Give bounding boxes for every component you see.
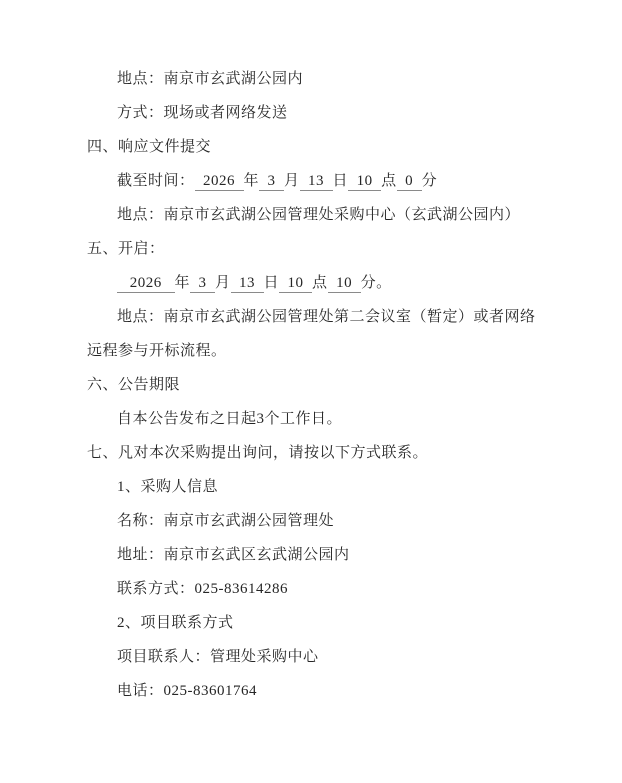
text-segment: 五、开启： <box>87 241 165 257</box>
text-segment: 地点：南京市玄武湖公园管理处第二会议室（暂定）或者网络 <box>117 309 536 325</box>
text-line: 自本公告发布之日起3个工作日。 <box>117 402 622 436</box>
text-segment: 日 <box>264 275 280 291</box>
text-line: 名称：南京市玄武湖公园管理处 <box>117 504 622 538</box>
text-segment: 截至时间： <box>117 173 195 189</box>
text-segment: 名称：南京市玄武湖公园管理处 <box>117 513 334 529</box>
text-line: 七、凡对本次采购提出询问，请按以下方式联系。 <box>87 436 622 470</box>
text-segment: 地址：南京市玄武区玄武湖公园内 <box>117 547 350 563</box>
text-segment: 项目联系人：管理处采购中心 <box>117 649 319 665</box>
text-line: 地点：南京市玄武湖公园管理处采购中心（玄武湖公园内） <box>117 198 622 232</box>
text-segment: 地点：南京市玄武湖公园管理处采购中心（玄武湖公园内） <box>117 207 520 223</box>
text-line: 方式：现场或者网络发送 <box>117 96 622 130</box>
document-body: 地点：南京市玄武湖公园内方式：现场或者网络发送四、响应文件提交截至时间： 202… <box>0 62 622 708</box>
text-line: 2026 年 3 月 13 日 10 点 10 分。 <box>117 266 622 300</box>
text-segment: 七、凡对本次采购提出询问，请按以下方式联系。 <box>87 445 428 461</box>
text-segment: 分。 <box>361 275 392 291</box>
text-segment: 自本公告发布之日起3个工作日。 <box>117 411 342 427</box>
fill-in-blank-value: 2026 <box>117 275 175 293</box>
text-line: 1、采购人信息 <box>117 470 622 504</box>
text-line: 2、项目联系方式 <box>117 606 622 640</box>
fill-in-blank-value: 3 <box>259 173 284 191</box>
text-line: 地点：南京市玄武湖公园管理处第二会议室（暂定）或者网络 <box>117 300 622 334</box>
text-segment: 点 <box>312 275 328 291</box>
text-segment: 2、项目联系方式 <box>117 615 234 631</box>
fill-in-blank-value: 10 <box>348 173 381 191</box>
text-segment: 联系方式：025-83614286 <box>117 581 288 597</box>
text-segment: 月 <box>284 173 300 189</box>
text-segment: 六、公告期限 <box>87 377 180 393</box>
text-segment: 电话：025-83601764 <box>117 683 257 699</box>
fill-in-blank-value: 10 <box>328 275 361 293</box>
text-segment: 远程参与开标流程。 <box>87 343 227 359</box>
text-line: 地点：南京市玄武湖公园内 <box>117 62 622 96</box>
text-segment: 点 <box>381 173 397 189</box>
text-line: 四、响应文件提交 <box>87 130 622 164</box>
fill-in-blank-value: 3 <box>190 275 215 293</box>
text-segment: 年 <box>175 275 191 291</box>
text-segment: 方式：现场或者网络发送 <box>117 105 288 121</box>
fill-in-blank-value: 0 <box>397 173 422 191</box>
text-line: 五、开启： <box>87 232 622 266</box>
text-line: 项目联系人：管理处采购中心 <box>117 640 622 674</box>
text-segment: 分 <box>422 173 438 189</box>
text-segment: 日 <box>333 173 349 189</box>
text-line: 联系方式：025-83614286 <box>117 572 622 606</box>
text-segment: 1、采购人信息 <box>117 479 218 495</box>
fill-in-blank-value: 10 <box>279 275 312 293</box>
text-line: 地址：南京市玄武区玄武湖公园内 <box>117 538 622 572</box>
text-line: 远程参与开标流程。 <box>87 334 622 368</box>
text-line: 六、公告期限 <box>87 368 622 402</box>
text-segment: 月 <box>215 275 231 291</box>
document-page: 地点：南京市玄武湖公园内方式：现场或者网络发送四、响应文件提交截至时间： 202… <box>0 0 622 783</box>
text-segment: 四、响应文件提交 <box>87 139 211 155</box>
fill-in-blank-value: 13 <box>300 173 333 191</box>
text-segment: 地点：南京市玄武湖公园内 <box>117 71 303 87</box>
text-segment: 年 <box>244 173 260 189</box>
text-line: 截至时间： 2026 年 3 月 13 日 10 点 0 分 <box>117 164 622 198</box>
fill-in-blank-value: 13 <box>231 275 264 293</box>
fill-in-blank-value: 2026 <box>195 173 244 191</box>
text-line: 电话：025-83601764 <box>117 674 622 708</box>
